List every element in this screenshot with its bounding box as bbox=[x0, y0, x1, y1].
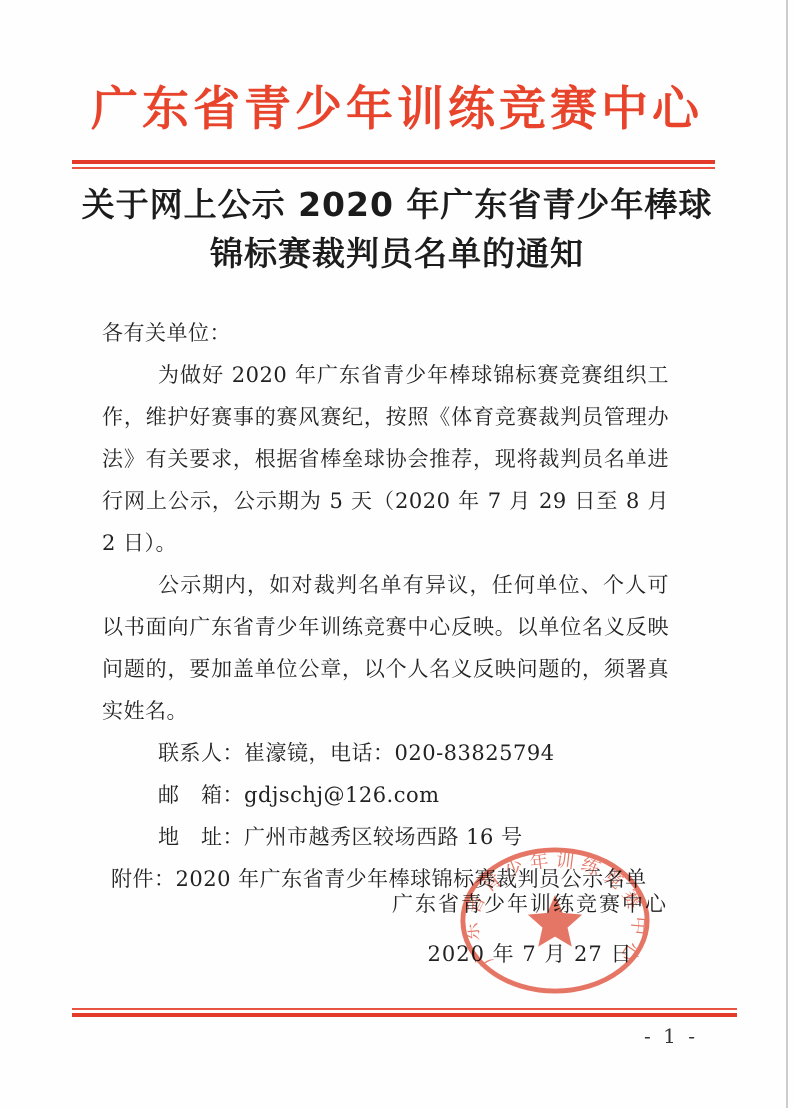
body-paragraph-1: 为做好 2020 年广东省青少年棒球锦标赛竞赛组织工作，维护好赛事的赛风赛纪，按… bbox=[102, 354, 669, 564]
document-title-line2: 锦标赛裁判员名单的通知 bbox=[0, 229, 794, 278]
footer-divider-rule bbox=[72, 1008, 737, 1017]
contact-person-line: 联系人：崔濠镜，电话：020-83825794 bbox=[102, 732, 669, 774]
letterhead-org-name: 广东省青少年训练竞赛中心 bbox=[0, 72, 794, 139]
page-number: - 1 - bbox=[644, 1024, 698, 1048]
scan-edge-line bbox=[786, 0, 788, 1108]
email-line: 邮 箱：gdjschj@126.com bbox=[102, 774, 669, 816]
document-body: 各有关单位： 为做好 2020 年广东省青少年棒球锦标赛竞赛组织工作，维护好赛事… bbox=[102, 312, 669, 900]
letterhead-divider-rule bbox=[72, 160, 715, 169]
signature-date: 2020 年 7 月 27 日 bbox=[390, 938, 670, 968]
document-title-line1: 关于网上公示 2020 年广东省青少年棒球 bbox=[0, 180, 794, 229]
document-title: 关于网上公示 2020 年广东省青少年棒球 锦标赛裁判员名单的通知 bbox=[0, 180, 794, 278]
body-paragraph-2: 公示期内，如对裁判名单有异议，任何单位、个人可以书面向广东省青少年训练竞赛中心反… bbox=[102, 564, 669, 732]
salutation: 各有关单位： bbox=[102, 312, 669, 354]
document-page: 广东省青少年训练竞赛中心 关于网上公示 2020 年广东省青少年棒球 锦标赛裁判… bbox=[0, 0, 794, 1108]
address-line: 地 址：广州市越秀区较场西路 16 号 bbox=[102, 816, 669, 858]
signature-org-name: 广东省青少年训练竞赛中心 bbox=[390, 888, 670, 918]
